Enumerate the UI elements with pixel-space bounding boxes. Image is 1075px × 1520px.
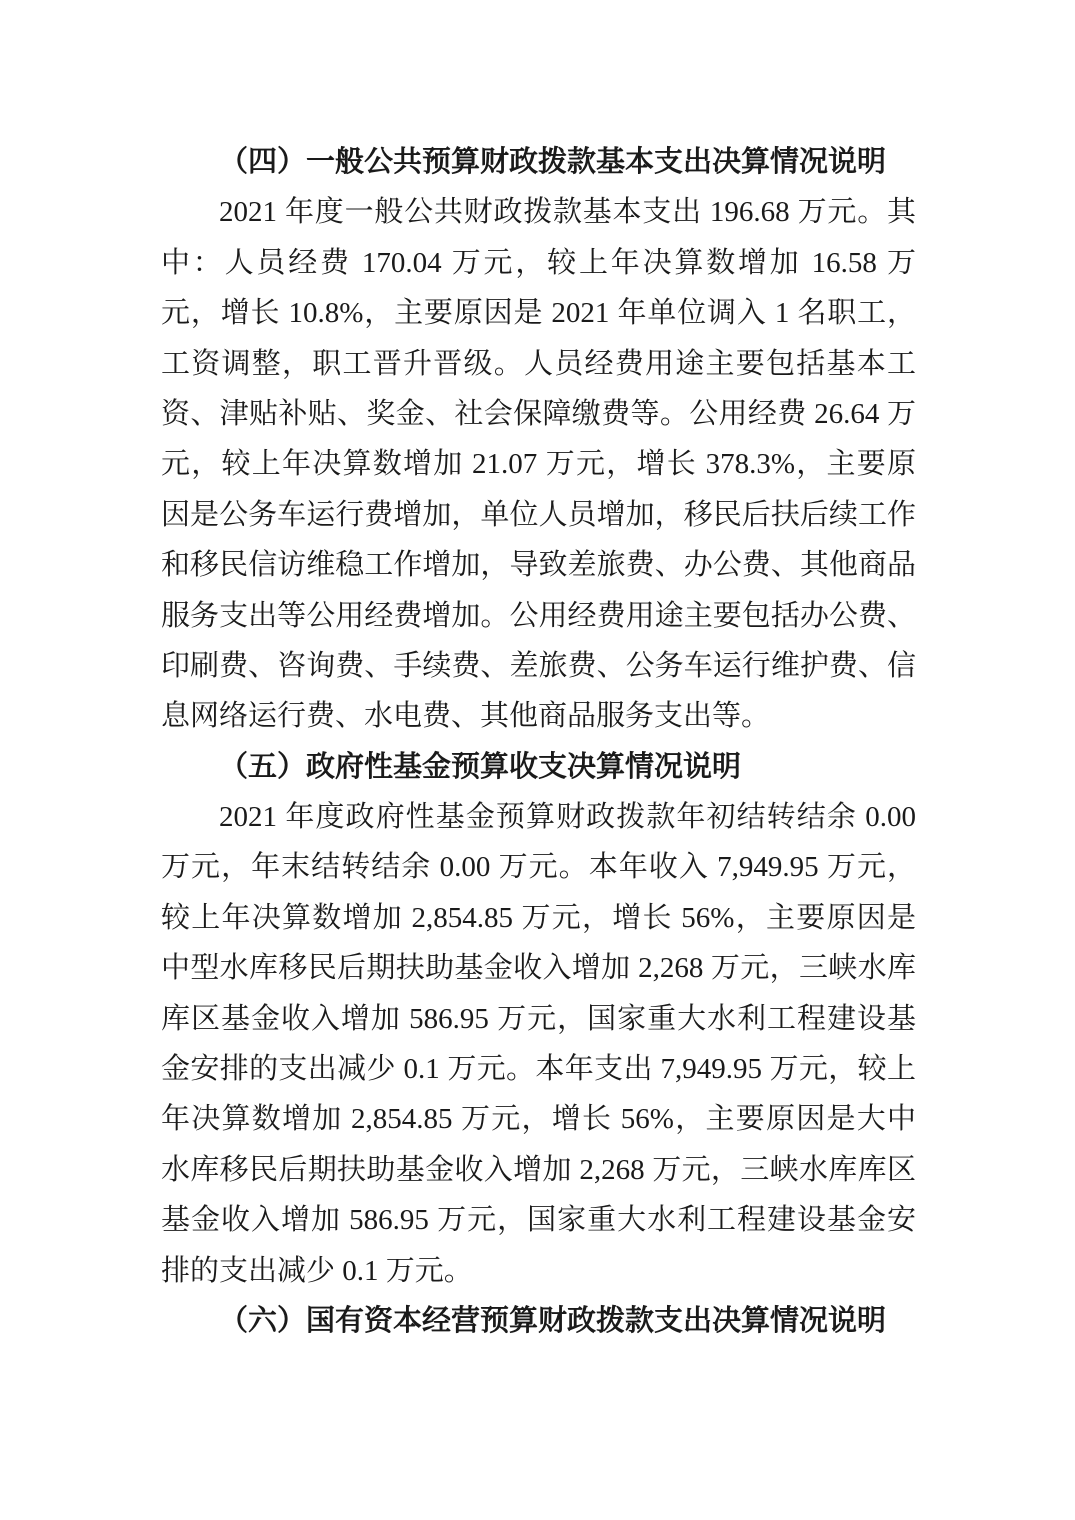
paragraph-1-line-11: 息网络运行费、水电费、其他商品服务支出等。	[161, 691, 916, 741]
paragraph-2-line-3: 较上年决算数增加 2,854.85 万元，增长 56%，主要原因是大	[161, 893, 916, 943]
paragraph-1-line-7: 因是公务车运行费增加，单位人员增加，移民后扶后续工作	[161, 490, 916, 540]
paragraph-1-line-6: 元，较上年决算数增加 21.07 万元，增长 378.3%，主要原	[161, 439, 916, 489]
paragraph-2-line-5: 库区基金收入增加 586.95 万元，国家重大水利工程建设基	[161, 994, 916, 1044]
document-page: （四）一般公共预算财政拨款基本支出决算情况说明 2021 年度一般公共财政拨款基…	[0, 0, 1075, 1520]
paragraph-2-line-1: 2021 年度政府性基金预算财政拨款年初结转结余 0.00	[161, 792, 916, 842]
paragraph-1-line-10: 印刷费、咨询费、手续费、差旅费、公务车运行维护费、信	[161, 641, 916, 691]
paragraph-1-line-1: 2021 年度一般公共财政拨款基本支出 196.68 万元。其	[161, 187, 916, 237]
paragraph-2-line-10: 排的支出减少 0.1 万元。	[161, 1246, 916, 1296]
paragraph-1-line-3: 元，增长 10.8%，主要原因是 2021 年单位调入 1 名职工，	[161, 288, 916, 338]
paragraph-1-line-5: 资、津贴补贴、奖金、社会保障缴费等。公用经费 26.64 万	[161, 389, 916, 439]
paragraph-2-line-2: 万元，年末结转结余 0.00 万元。本年收入 7,949.95 万元，	[161, 842, 916, 892]
paragraph-2-line-9: 基金收入增加 586.95 万元，国家重大水利工程建设基金安	[161, 1195, 916, 1245]
section-heading-6: （六）国有资本经营预算财政拨款支出决算情况说明	[161, 1296, 916, 1346]
section-heading-4: （四）一般公共预算财政拨款基本支出决算情况说明	[161, 137, 916, 187]
paragraph-1-line-9: 服务支出等公用经费增加。公用经费用途主要包括办公费、	[161, 591, 916, 641]
paragraph-2-line-8: 水库移民后期扶助基金收入增加 2,268 万元，三峡水库库区	[161, 1145, 916, 1195]
document-content: （四）一般公共预算财政拨款基本支出决算情况说明 2021 年度一般公共财政拨款基…	[161, 137, 916, 1346]
paragraph-2-line-7: 年决算数增加 2,854.85 万元，增长 56%，主要原因是大中型	[161, 1094, 916, 1144]
paragraph-1-line-2: 中：人员经费 170.04 万元，较上年决算数增加 16.58 万	[161, 238, 916, 288]
paragraph-1-line-4: 工资调整，职工晋升晋级。人员经费用途主要包括基本工	[161, 339, 916, 389]
section-heading-5: （五）政府性基金预算收支决算情况说明	[161, 742, 916, 792]
paragraph-1-line-8: 和移民信访维稳工作增加，导致差旅费、办公费、其他商品	[161, 540, 916, 590]
paragraph-2-line-6: 金安排的支出减少 0.1 万元。本年支出 7,949.95 万元，较上	[161, 1044, 916, 1094]
paragraph-2-line-4: 中型水库移民后期扶助基金收入增加 2,268 万元，三峡水库	[161, 943, 916, 993]
